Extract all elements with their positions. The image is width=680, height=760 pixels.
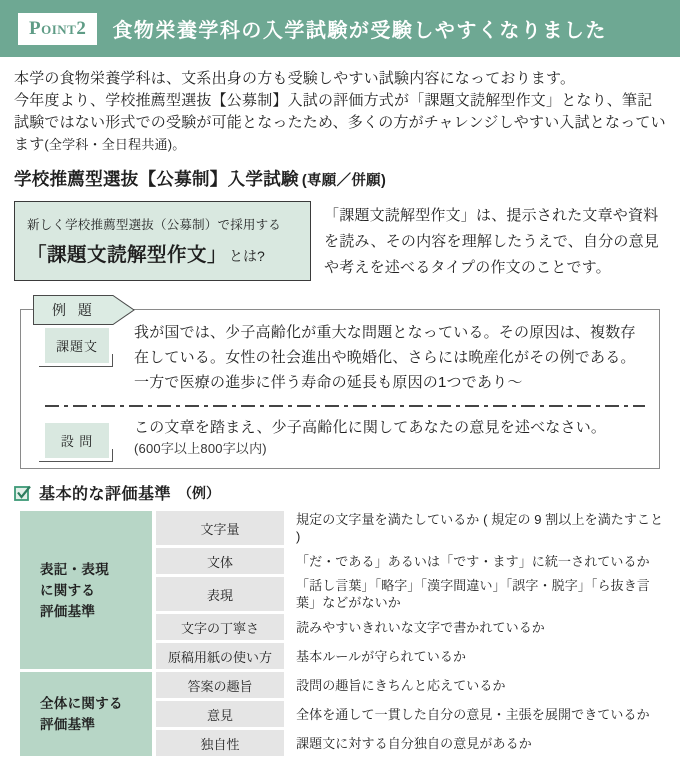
criteria-heading-title: 基本的な評価基準 bbox=[39, 481, 171, 504]
header-banner: Point2 食物栄養学科の入学試験が受験しやすくなりました bbox=[0, 0, 680, 57]
page-content: 本学の食物栄養学科は、文系出身の方も受験しやすい試験内容になっております。 今年… bbox=[0, 57, 680, 756]
criteria-heading-note: （例） bbox=[178, 483, 220, 503]
example-box: 例 題 課題文 我が国では、少子高齢化が重大な問題となっている。その原因は、複数… bbox=[20, 309, 660, 469]
criteria-group-1: 全体に関する 評価基準答案の趣旨設問の趣旨にきちんと応えているか意見全体を通して… bbox=[20, 672, 666, 756]
about-box-term-line: 「課題文読解型作文」とは? bbox=[27, 239, 302, 267]
example-tag: 例 題 bbox=[33, 295, 135, 325]
criteria-row-label: 独自性 bbox=[156, 730, 284, 756]
criteria-row-text: 「だ・である」あるいは「です・ます」に統一されているか bbox=[284, 548, 666, 574]
intro-text: 本学の食物栄養学科は、文系出身の方も受験しやすい試験内容になっております。 今年… bbox=[14, 68, 666, 156]
criteria-row: 答案の趣旨設問の趣旨にきちんと応えているか bbox=[156, 672, 666, 698]
criteria-table: 表記・表現 に関する 評価基準文字量規定の文字量を満たしているか ( 規定の 9… bbox=[20, 511, 666, 756]
checkbox-icon bbox=[14, 484, 32, 502]
section-heading-main: 学校推薦型選抜【公募制】入学試験 bbox=[14, 169, 299, 189]
passage-label: 課題文 bbox=[45, 328, 109, 363]
about-description: 「課題文読解型作文」は、提示された文章や資料を読み、その内容を理解したうえで、自… bbox=[324, 201, 666, 281]
intro-paragraph-1: 本学の食物栄養学科は、文系出身の方も受験しやすい試験内容になっております。 bbox=[14, 68, 666, 90]
criteria-row-text: 基本ルールが守られているか bbox=[284, 643, 666, 669]
dash-dot-divider bbox=[45, 405, 645, 407]
passage-text: 我が国では、少子高齢化が重大な問題となっている。その原因は、複数存在している。女… bbox=[134, 320, 645, 395]
criteria-row: 独自性課題文に対する自分独自の意見があるか bbox=[156, 730, 666, 756]
intro-paragraph-2: 今年度より、学校推薦型選抜【公募制】入試の評価方式が「課題文読解型作文」となり、… bbox=[14, 90, 666, 156]
criteria-row: 表現「話し言葉」「略字」「漢字間違い」「誤字・脱字」「ら抜き言葉」などがないか bbox=[156, 577, 666, 611]
intro-paragraph-2-note: (全学科・全日程共通)。 bbox=[44, 137, 185, 152]
criteria-row-text: 設問の趣旨にきちんと応えているか bbox=[284, 672, 666, 698]
about-section: 新しく学校推薦型選抜（公募制）で採用する 「課題文読解型作文」とは? 「課題文読… bbox=[14, 201, 666, 281]
criteria-rows: 文字量規定の文字量を満たしているか ( 規定の 9 割以上を満たすこと )文体「… bbox=[156, 511, 666, 669]
question-note: (600字以上800字以内) bbox=[134, 440, 645, 457]
question-text: この文章を踏まえ、少子高齢化に関してあなたの意見を述べなさい。 bbox=[134, 419, 606, 436]
criteria-row-label: 原稿用紙の使い方 bbox=[156, 643, 284, 669]
criteria-group-title: 全体に関する 評価基準 bbox=[20, 672, 152, 756]
criteria-row: 原稿用紙の使い方基本ルールが守られているか bbox=[156, 643, 666, 669]
example-question-row: 設 問 この文章を踏まえ、少子高齢化に関してあなたの意見を述べなさい。 (600… bbox=[45, 415, 645, 458]
about-box: 新しく学校推薦型選抜（公募制）で採用する 「課題文読解型作文」とは? bbox=[14, 201, 311, 281]
criteria-row-label: 意見 bbox=[156, 701, 284, 727]
question-body: この文章を踏まえ、少子高齢化に関してあなたの意見を述べなさい。 (600字以上8… bbox=[134, 415, 645, 458]
example-passage-row: 課題文 我が国では、少子高齢化が重大な問題となっている。その原因は、複数存在して… bbox=[45, 320, 645, 395]
criteria-row: 意見全体を通して一貫した自分の意見・主張を展開できているか bbox=[156, 701, 666, 727]
criteria-row-label: 文字の丁寧さ bbox=[156, 614, 284, 640]
criteria-row-text: 全体を通して一貫した自分の意見・主張を展開できているか bbox=[284, 701, 666, 727]
criteria-row: 文字量規定の文字量を満たしているか ( 規定の 9 割以上を満たすこと ) bbox=[156, 511, 666, 545]
criteria-rows: 答案の趣旨設問の趣旨にきちんと応えているか意見全体を通して一貫した自分の意見・主… bbox=[156, 672, 666, 756]
about-box-suffix: とは? bbox=[229, 248, 265, 264]
about-box-lead: 新しく学校推薦型選抜（公募制）で採用する bbox=[27, 215, 302, 233]
example-tag-label: 例 題 bbox=[33, 295, 115, 325]
page-title: 食物栄養学科の入学試験が受験しやすくなりました bbox=[112, 14, 607, 43]
criteria-row-text: 読みやすいきれいな文字で書かれているか bbox=[284, 614, 666, 640]
criteria-row-label: 表現 bbox=[156, 577, 284, 611]
criteria-row-text: 規定の文字量を満たしているか ( 規定の 9 割以上を満たすこと ) bbox=[284, 511, 666, 545]
criteria-group-0: 表記・表現 に関する 評価基準文字量規定の文字量を満たしているか ( 規定の 9… bbox=[20, 511, 666, 669]
criteria-row-label: 文体 bbox=[156, 548, 284, 574]
criteria-row: 文字の丁寧さ読みやすいきれいな文字で書かれているか bbox=[156, 614, 666, 640]
section-heading: 学校推薦型選抜【公募制】入学試験(専願／併願) bbox=[14, 166, 666, 191]
question-label: 設 問 bbox=[45, 423, 109, 458]
criteria-row: 文体「だ・である」あるいは「です・ます」に統一されているか bbox=[156, 548, 666, 574]
criteria-row-text: 「話し言葉」「略字」「漢字間違い」「誤字・脱字」「ら抜き言葉」などがないか bbox=[284, 577, 666, 611]
criteria-row-label: 答案の趣旨 bbox=[156, 672, 284, 698]
section-heading-sub: (専願／併願) bbox=[302, 173, 386, 189]
criteria-row-text: 課題文に対する自分独自の意見があるか bbox=[284, 730, 666, 756]
point-badge: Point2 bbox=[18, 13, 97, 45]
criteria-group-title: 表記・表現 に関する 評価基準 bbox=[20, 511, 152, 669]
about-box-term: 「課題文読解型作文」 bbox=[27, 244, 227, 266]
criteria-heading: 基本的な評価基準（例） bbox=[14, 481, 666, 504]
criteria-row-label: 文字量 bbox=[156, 511, 284, 545]
